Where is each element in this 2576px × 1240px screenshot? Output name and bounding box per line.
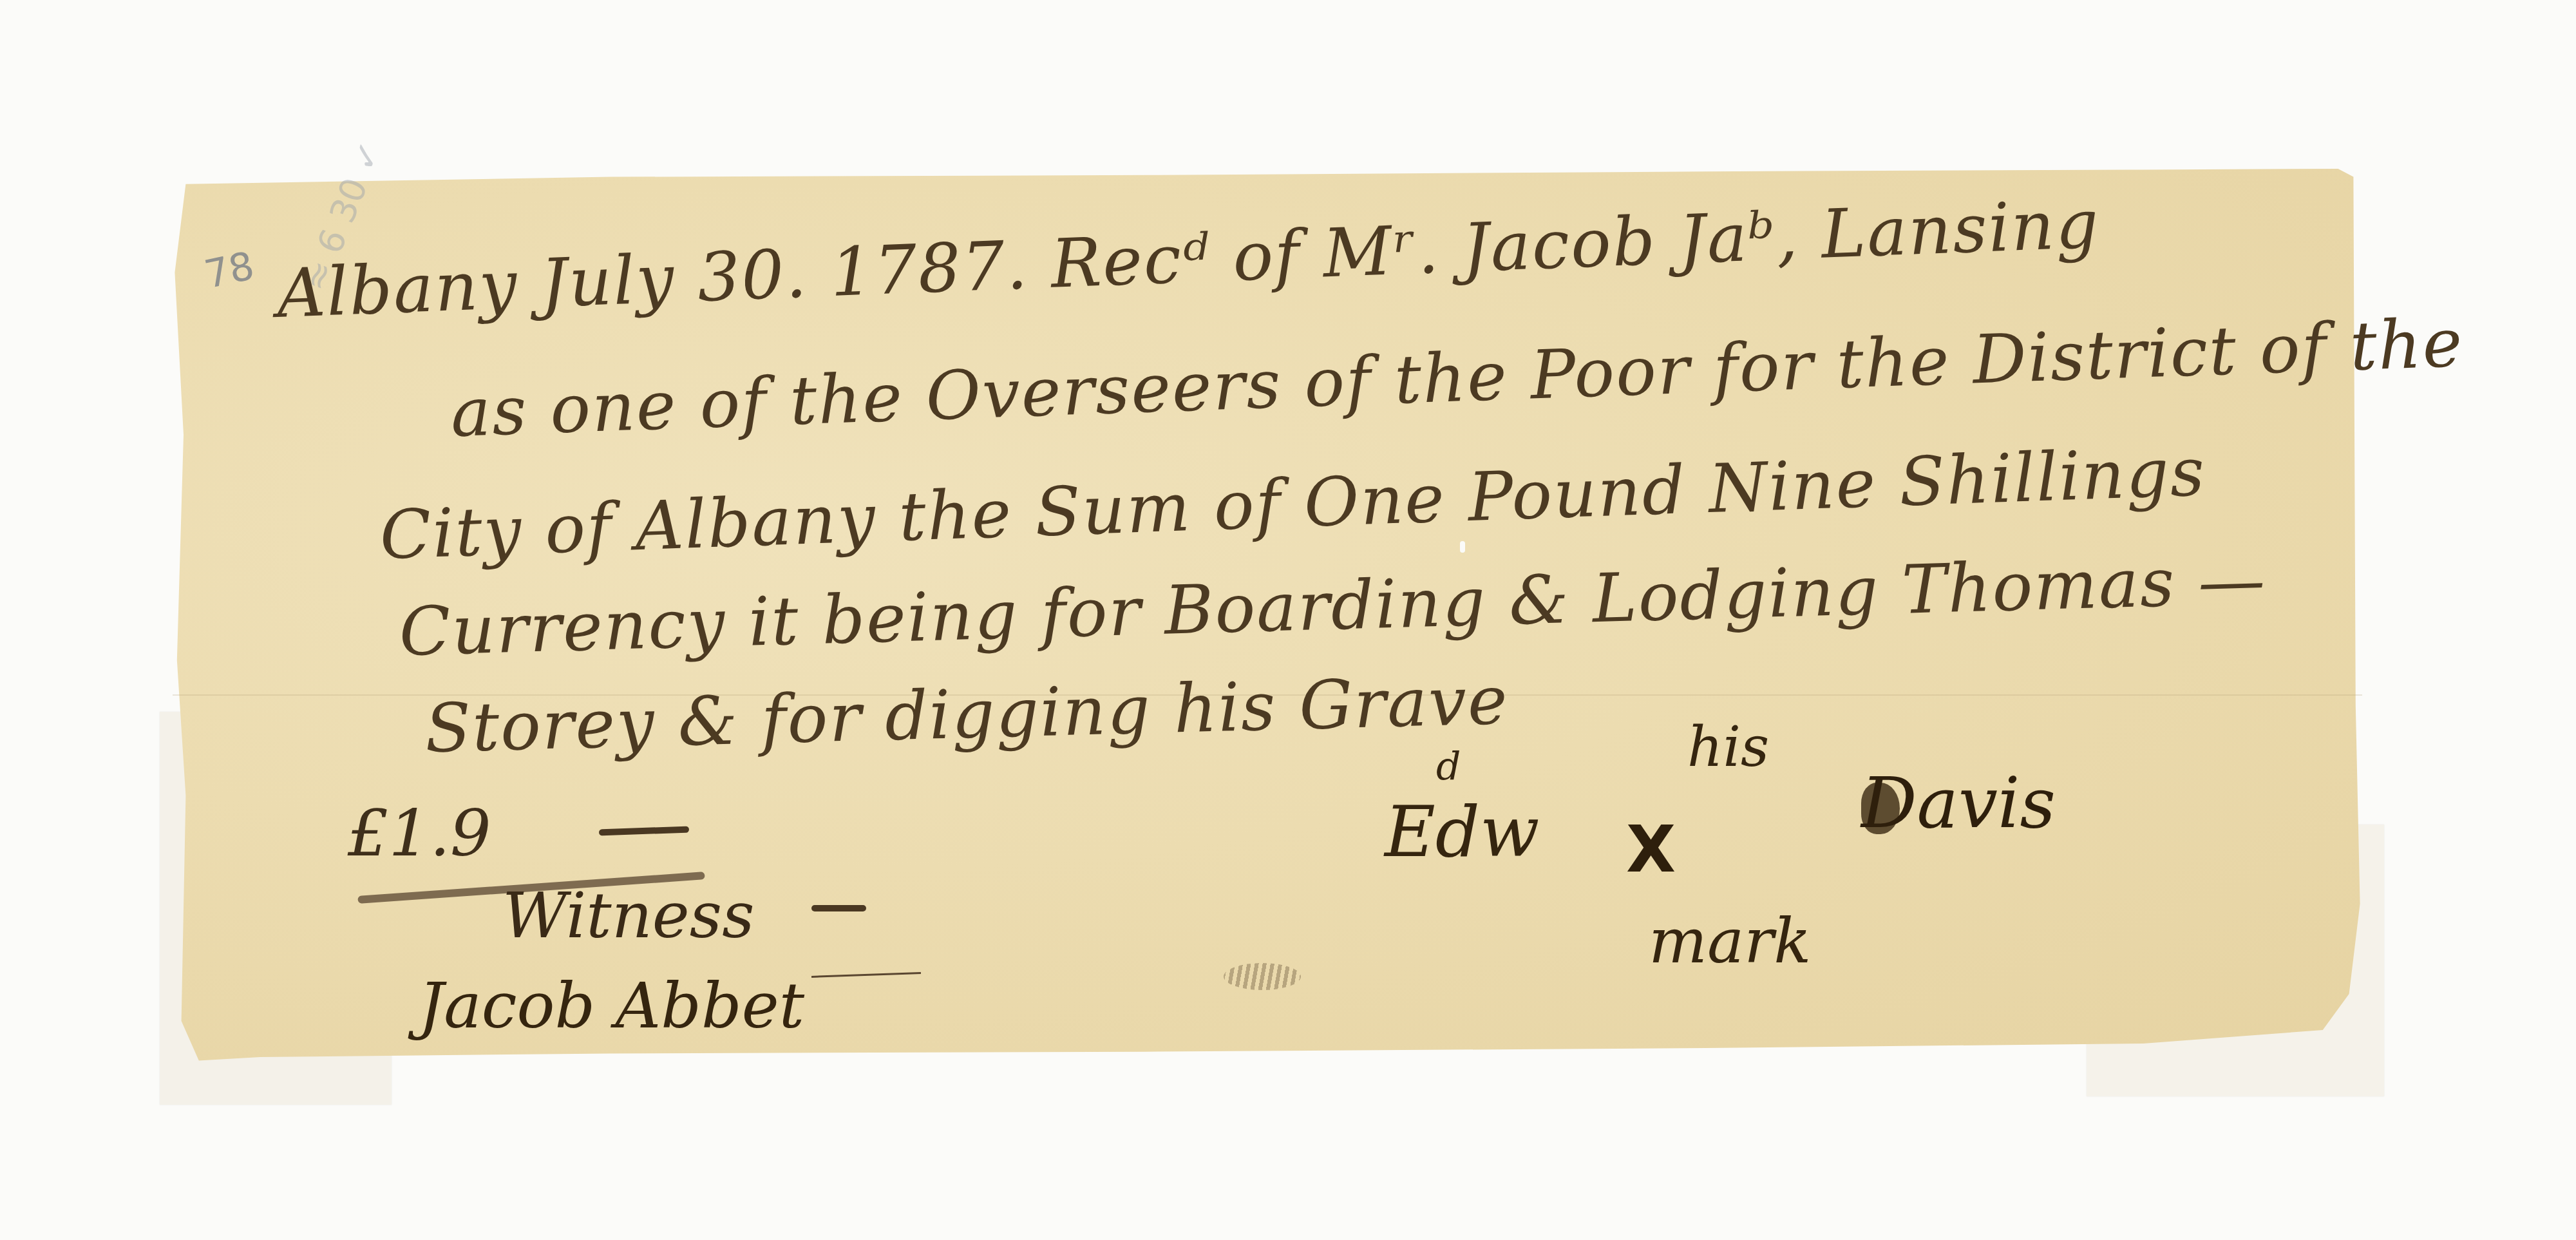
paper-hole [1460,541,1465,553]
witness-label: Witness [502,879,754,953]
mark-label: mark [1649,905,1811,977]
amount: £1.9 [348,796,491,871]
signer-first-superscript: d [1436,744,1461,789]
signer-last-name: Davis [1861,763,2056,844]
witness-dash [811,905,866,911]
signer-first-name: Edw [1385,792,1539,873]
ink-smudge [1224,963,1301,990]
signer-mark-x: X [1626,812,1676,887]
witness-name: Jacob Abbet [419,969,804,1043]
his-label: his [1687,715,1769,779]
